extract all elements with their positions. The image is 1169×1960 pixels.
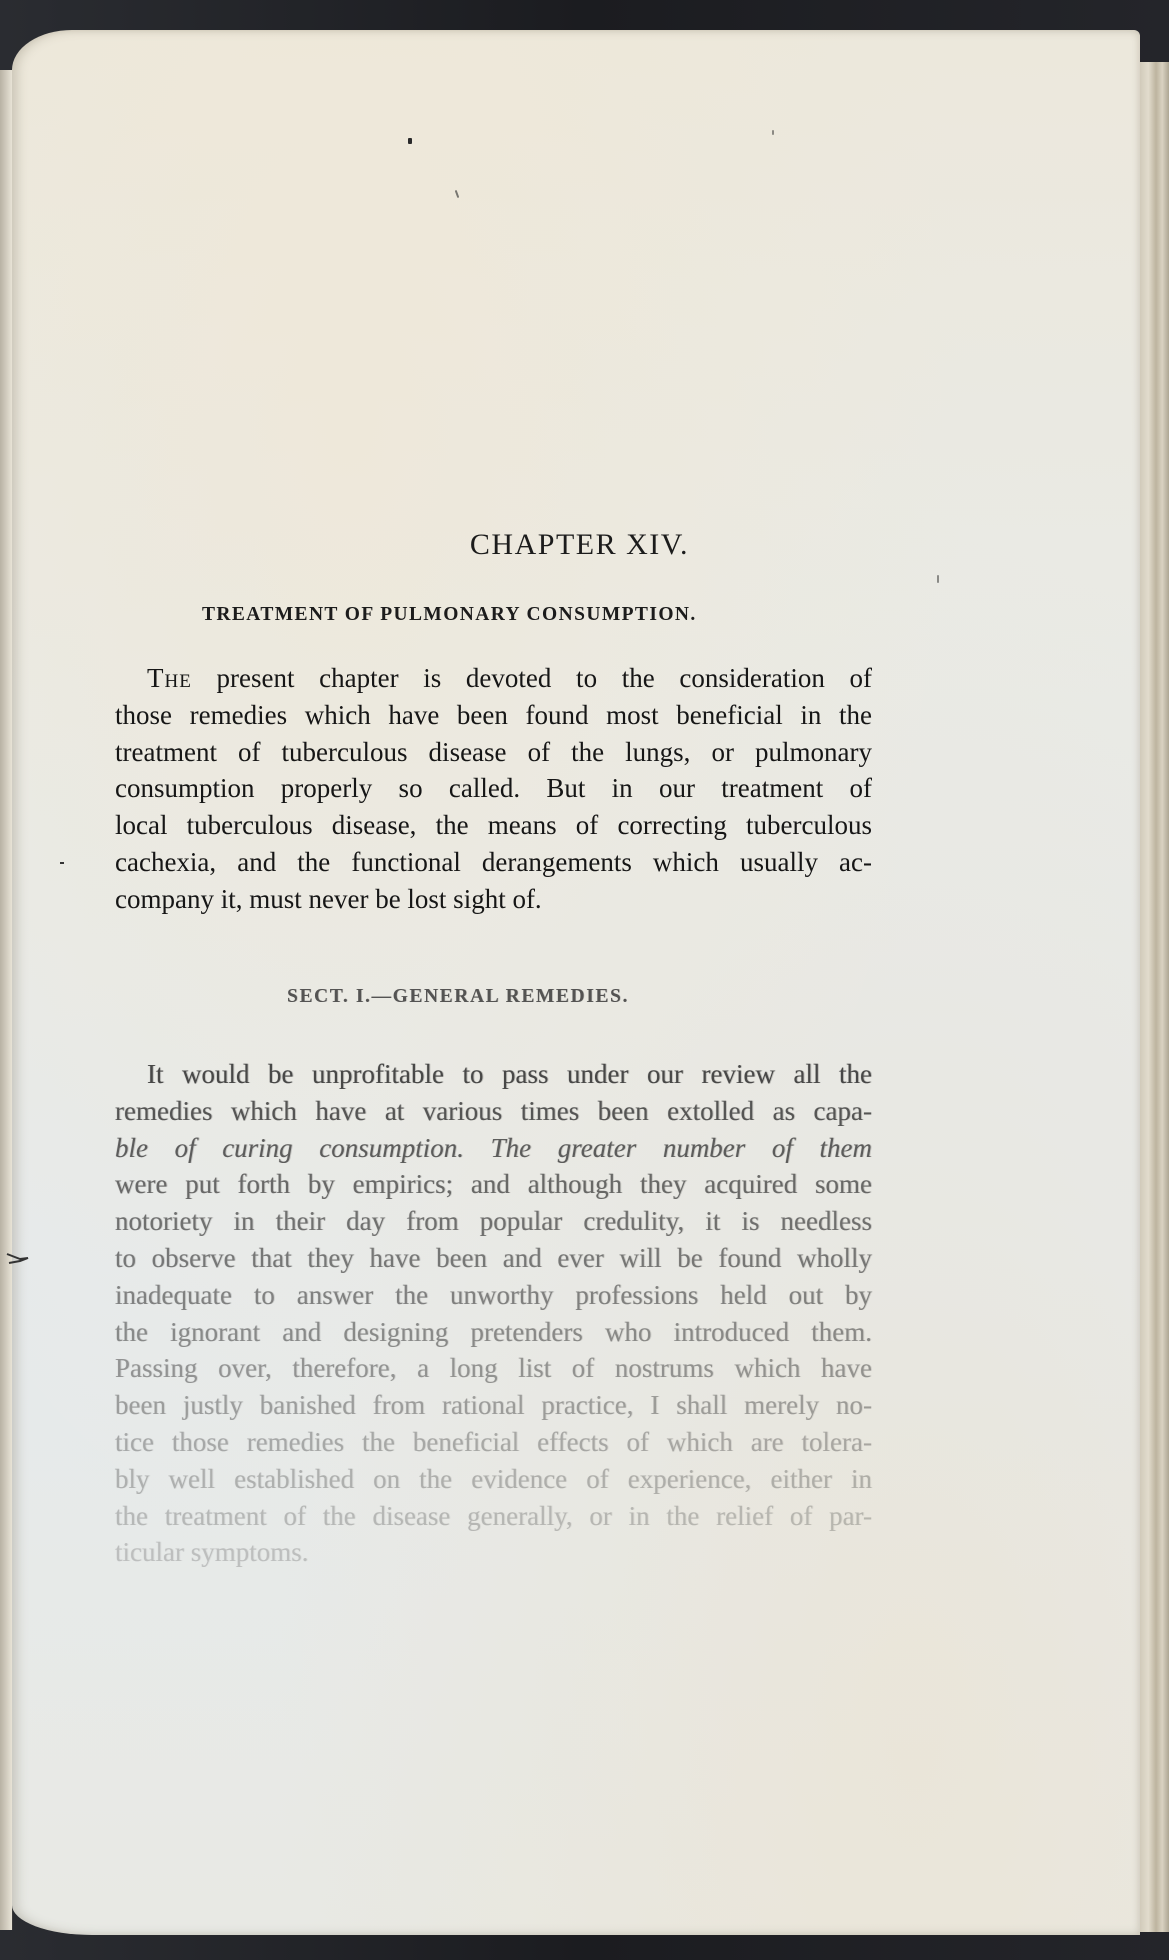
text-line: tice those remedies the beneficial effec…: [115, 1424, 872, 1461]
text-line: the treatment of the disease generally, …: [115, 1498, 872, 1535]
ink-speck: [937, 575, 939, 583]
paragraph-intro: The present chapter is devoted to the co…: [115, 660, 872, 918]
text-line: remedies which have at various times bee…: [115, 1093, 872, 1130]
chapter-title: CHAPTER XIV.: [0, 528, 1169, 562]
text-line: treatment of tuberculous disease of the …: [115, 734, 872, 771]
stacked-page-edges: [1138, 62, 1169, 1932]
paragraph-general-remedies: It would be unprofitable to pass under o…: [115, 1056, 872, 1571]
text-line: cachexia, and the functional derangement…: [115, 844, 872, 881]
ink-speck: [408, 138, 412, 144]
margin-mark: [60, 862, 64, 864]
text-line: The present chapter is devoted to the co…: [115, 660, 872, 697]
text-line: Passing over, therefore, a long list of …: [115, 1350, 872, 1387]
text-line: notoriety in their day from popular cred…: [115, 1203, 872, 1240]
ink-speck: [455, 190, 460, 198]
text-line: inadequate to answer the unworthy profes…: [115, 1277, 872, 1314]
text-line: were put forth by empirics; and although…: [115, 1166, 872, 1203]
text-line: company it, must never be lost sight of.: [115, 881, 872, 918]
margin-mark-icon: [6, 1252, 30, 1264]
text-line: ble of curing consumption. The greater n…: [115, 1130, 872, 1167]
section-heading: SECT. I.—GENERAL REMEDIES.: [287, 986, 629, 1008]
book-page: [12, 30, 1140, 1935]
text-line: local tuberculous disease, the means of …: [115, 807, 872, 844]
text-line: ticular symptoms.: [115, 1534, 872, 1571]
text-line: those remedies which have been found mos…: [115, 697, 872, 734]
chapter-subtitle: TREATMENT OF PULMONARY CONSUMPTION.: [202, 604, 802, 626]
chapter-title-text: CHAPTER XIV.: [470, 528, 689, 562]
text-line: consumption properly so called. But in o…: [115, 770, 872, 807]
text-line: the ignorant and designing pretenders wh…: [115, 1314, 872, 1351]
text-line: bly well established on the evidence of …: [115, 1461, 872, 1498]
ink-speck: [772, 130, 774, 135]
text-line: been justly banished from rational pract…: [115, 1387, 872, 1424]
lead-word: The: [147, 663, 192, 693]
text-line: to observe that they have been and ever …: [115, 1240, 872, 1277]
text-line: It would be unprofitable to pass under o…: [115, 1056, 872, 1093]
